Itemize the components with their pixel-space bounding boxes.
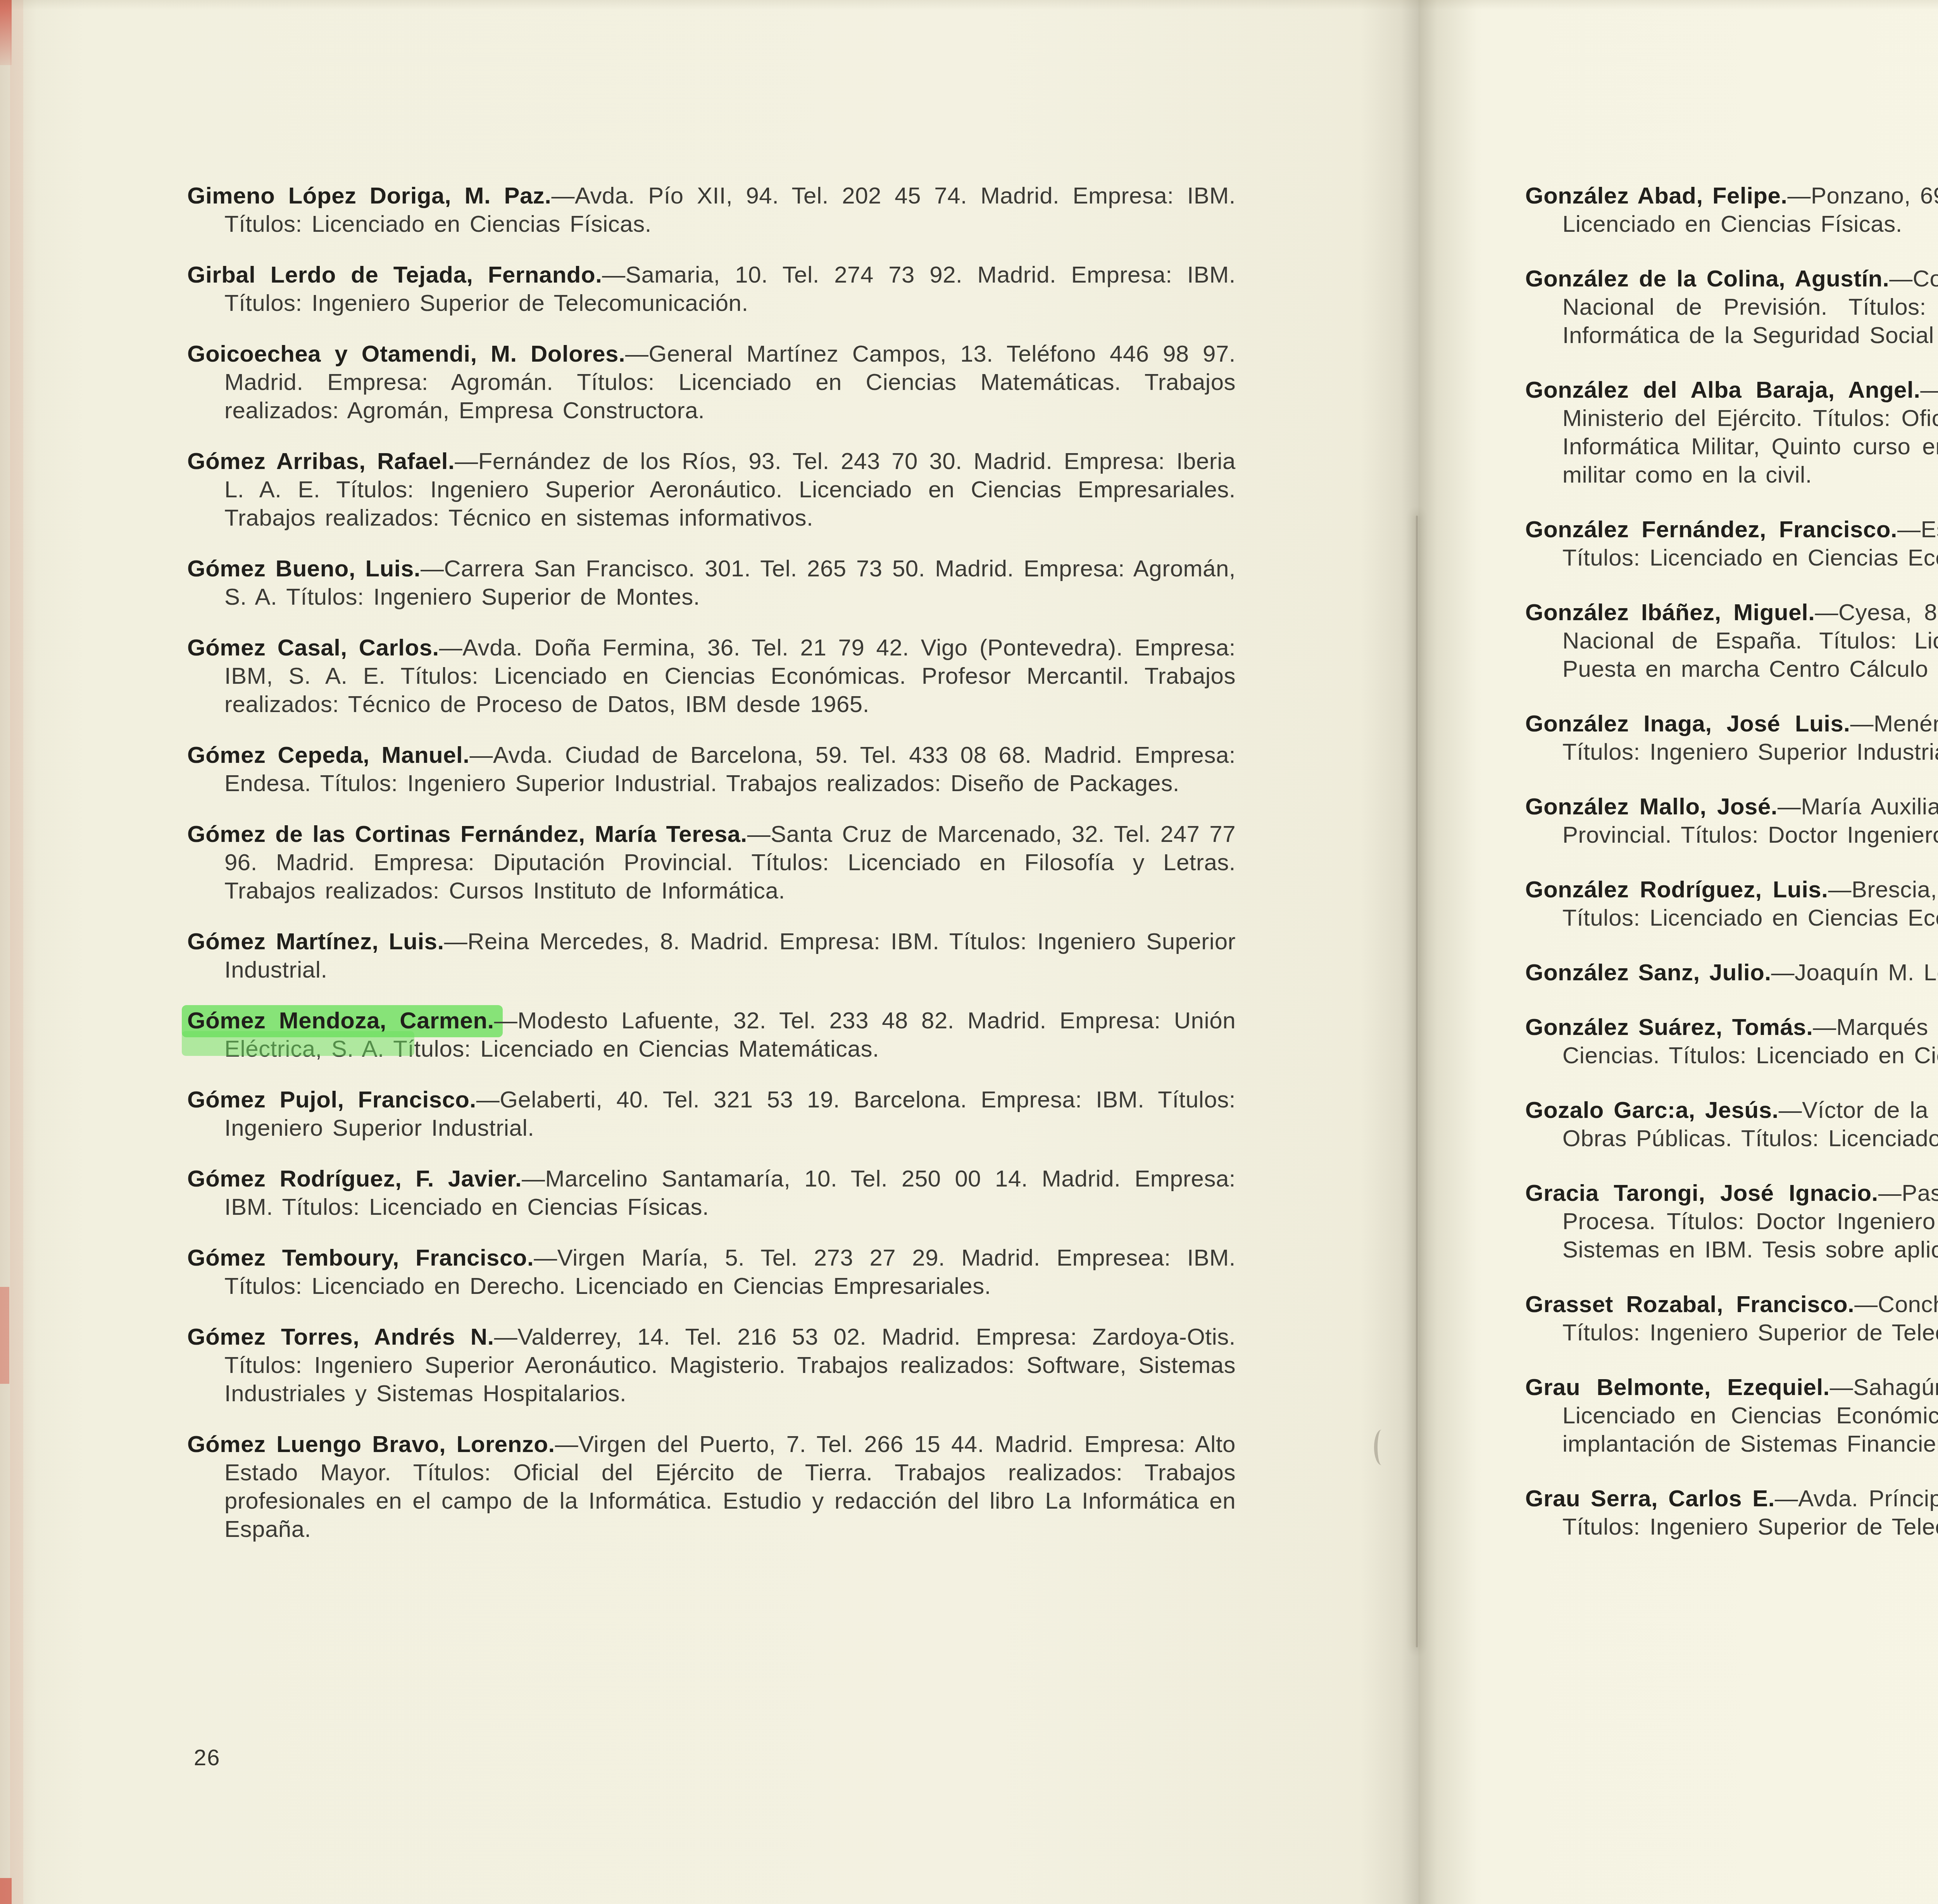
directory-entry: González Ibáñez, Miguel.—Cyesa, 8. Tel. … [1525,598,1938,683]
directory-entry: Gómez Temboury, Francisco.—Virgen María,… [187,1243,1236,1300]
red-edge-mark-bottom [0,1878,12,1904]
left-column-entries: Gimeno López Doriga, M. Paz.—Avda. Pío X… [187,181,1236,1543]
entry-name: Girbal Lerdo de Tejada, Fernando. [187,262,602,288]
directory-entry: González Sanz, Julio.—Joaquín M. López, … [1525,958,1938,986]
entry-name: González del Alba Baraja, Angel. [1525,377,1920,403]
entry-text: —Joaquín M. López, 14. Madrid. Títulos: … [1771,959,1938,985]
entry-name: Grau Serra, Carlos E. [1525,1485,1775,1511]
entry-name: González Suárez, Tomás. [1525,1014,1813,1040]
entry-name: Gómez de las Cortinas Fernández, María T… [187,821,747,847]
entry-name: González Rodríguez, Luis. [1525,876,1828,902]
directory-entry: González de la Colina, Agustín.—Cochabam… [1525,264,1938,349]
directory-entry: Girbal Lerdo de Tejada, Fernando.—Samari… [187,260,1236,317]
entry-name: Gómez Temboury, Francisco. [187,1245,534,1271]
directory-entry: Goicoechea y Otamendi, M. Dolores.—Gener… [187,340,1236,424]
entry-name: Gómez Arribas, Rafael. [187,448,455,474]
directory-entry: Gómez Torres, Andrés N.—Valderrey, 14. T… [187,1323,1236,1407]
directory-entry: González Suárez, Tomás.—Marqués Santa An… [1525,1013,1938,1069]
entry-name: González Abad, Felipe. [1525,183,1788,209]
entry-name: González Inaga, José Luis. [1525,711,1850,736]
directory-entry: Gracia Tarongi, José Ignacio.—Paseo de C… [1525,1179,1938,1264]
entry-name: Goicoechea y Otamendi, M. Dolores. [187,341,625,367]
directory-entry: Gómez Cepeda, Manuel.—Avda. Ciudad de Ba… [187,741,1236,797]
entry-name: González Sanz, Julio. [1525,959,1771,985]
entry-name: González Mallo, José. [1525,793,1778,819]
entry-name: Grasset Rozabal, Francisco. [1525,1291,1854,1317]
left-page: Gimeno López Doriga, M. Paz.—Avda. Pío X… [0,0,1419,1904]
directory-entry: Gómez Arribas, Rafael.—Fernández de los … [187,447,1236,532]
directory-entry: Gómez Luengo Bravo, Lorenzo.—Virgen del … [187,1430,1236,1543]
entry-name: Gómez Torres, Andrés N. [187,1324,494,1350]
directory-entry: González Mallo, José.—María Auxiliadora,… [1525,792,1938,849]
directory-entry: Gómez de las Cortinas Fernández, María T… [187,820,1236,905]
scanned-book-spread: Gimeno López Doriga, M. Paz.—Avda. Pío X… [0,0,1938,1904]
directory-entry: Gozalo Garc:a, Jesús.—Víctor de la Serna… [1525,1096,1938,1152]
entry-name: Gimeno López Doriga, M. Paz. [187,183,551,209]
entry-name: Gómez Rodríguez, F. Javier. [187,1166,522,1192]
directory-entry: Gómez Rodríguez, F. Javier.—Marcelino Sa… [187,1164,1236,1221]
entry-name: Gómez Martínez, Luis. [187,928,444,954]
entry-name: Gracia Tarongi, José Ignacio. [1525,1180,1878,1206]
directory-entry: Gómez Bueno, Luis.—Carrera San Francisco… [187,554,1236,611]
directory-entry: Gómez Martínez, Luis.—Reina Mercedes, 8.… [187,927,1236,984]
directory-entry: González Abad, Felipe.—Ponzano, 69. Tel.… [1525,181,1938,238]
red-edge-mark-middle [0,1287,9,1384]
top-edge-shade [0,0,1938,10]
directory-entry: Grasset Rozabal, Francisco.—Concha Espin… [1525,1290,1938,1347]
entry-name: Gozalo Garc:a, Jesús. [1525,1097,1779,1123]
entry-name: Gómez Bueno, Luis. [187,555,421,581]
directory-entry: González del Alba Baraja, Angel.—Andrés … [1525,376,1938,489]
right-page: González Abad, Felipe.—Ponzano, 69. Tel.… [1419,0,1938,1904]
directory-entry: Gómez Mendoza, Carmen.—Modesto Lafuente,… [187,1006,1236,1063]
page-number-left: 26 [194,1746,221,1769]
directory-entry: González Fernández, Francisco.—Estrella … [1525,515,1938,572]
gutter-crease [1416,516,1418,1647]
directory-entry: Gimeno López Doriga, M. Paz.—Avda. Pío X… [187,181,1236,238]
binding-strip [10,0,23,1904]
entry-name: Gómez Pujol, Francisco. [187,1087,476,1112]
highlight-marker-tail [182,1031,414,1056]
entry-name: Gómez Casal, Carlos. [187,635,439,661]
entry-name: Gómez Cepeda, Manuel. [187,742,469,768]
directory-entry: Gómez Casal, Carlos.—Avda. Doña Fermina,… [187,633,1236,718]
directory-entry: González Rodríguez, Luis.—Brescia, 6. Te… [1525,875,1938,932]
directory-entry: Grau Belmonte, Ezequiel.—Sahagún, 4. Tel… [1525,1373,1938,1458]
directory-entry: Gómez Pujol, Francisco.—Gelaberti, 40. T… [187,1085,1236,1142]
directory-entry: González Inaga, José Luis.—Menéndez Pida… [1525,709,1938,766]
entry-name: González Ibáñez, Miguel. [1525,599,1815,625]
directory-entry: Grau Serra, Carlos E.—Avda. Príncipe Ast… [1525,1484,1938,1541]
entry-name: González de la Colina, Agustín. [1525,266,1889,291]
entry-name: Grau Belmonte, Ezequiel. [1525,1374,1830,1400]
gutter-fold-mark [1374,1430,1389,1465]
entry-name: González Fernández, Francisco. [1525,516,1897,542]
right-column-entries: González Abad, Felipe.—Ponzano, 69. Tel.… [1525,181,1938,1541]
entry-name: Gómez Luengo Bravo, Lorenzo. [187,1431,555,1457]
